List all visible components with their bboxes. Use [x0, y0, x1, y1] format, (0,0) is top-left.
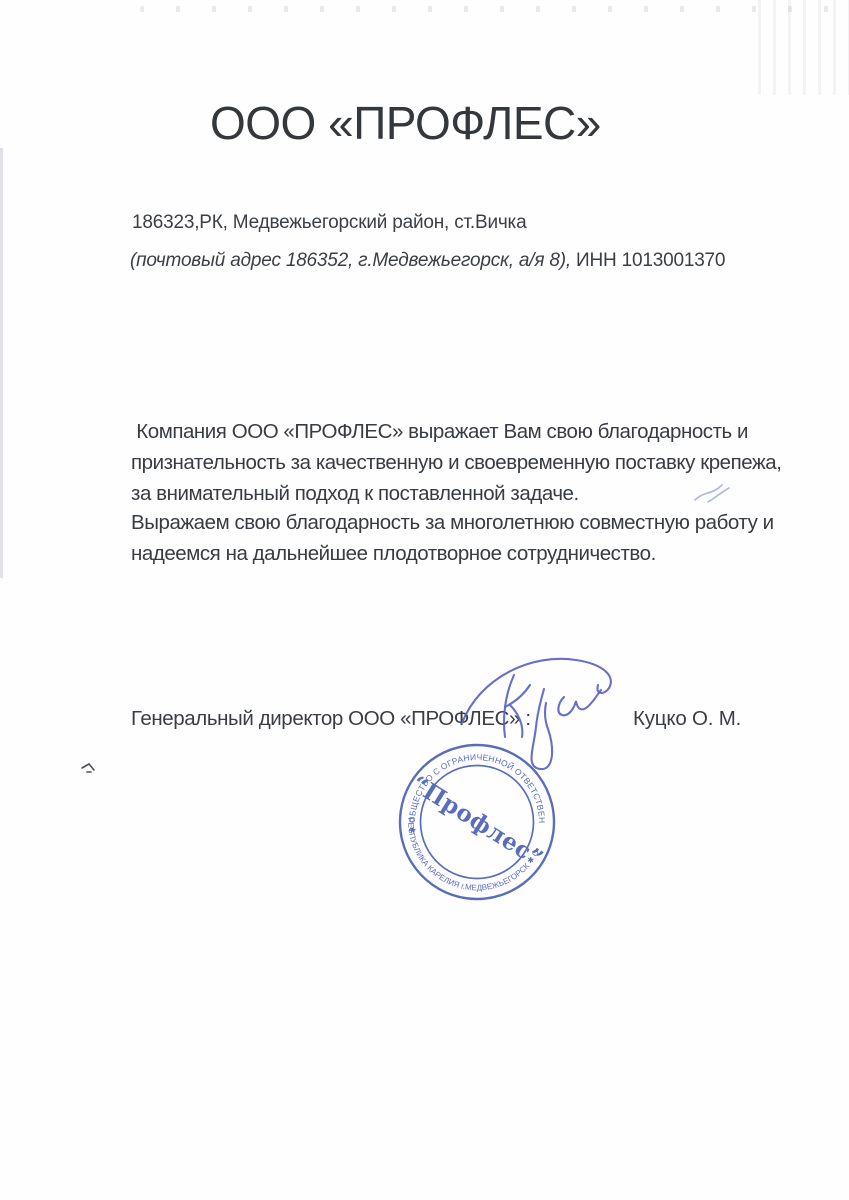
- company-title: ООО «ПРОФЛЕС»: [210, 96, 601, 150]
- scan-artifact-top-right: [758, 0, 849, 95]
- company-stamp: ✱ ОБЩЕСТВО С ОГРАНИЧЕННОЙ ОТВЕТСТВЕН РЕС…: [381, 726, 573, 918]
- postal-address-italic: (почтовый адрес 186352, г.Медвежьегорск,…: [130, 250, 571, 271]
- signature-stroke: [558, 690, 601, 715]
- scan-artifact-top-edge: [140, 6, 835, 12]
- scanned-letter-page: ООО «ПРОФЛЕС» 186323,РК, Медвежьегорский…: [0, 0, 849, 1200]
- pen-squiggle-mark: [692, 478, 734, 505]
- address-line-1: 186323,РК, Медвежьегорский район, ст.Вич…: [132, 212, 526, 234]
- paragraph-line: признательность за качественную и своевр…: [131, 447, 781, 478]
- inn-number: ИНН 1013001370: [571, 250, 725, 271]
- paragraph-cooperation: Выражаем свою благодарность за многолетн…: [131, 507, 774, 569]
- scan-artifact-speck: [80, 758, 102, 776]
- paragraph-line: Компания ООО «ПРОФЛЕС» выражает Вам свою…: [131, 416, 781, 447]
- scan-artifact-left-edge: [0, 148, 3, 578]
- paragraph-line: Выражаем свою благодарность за многолетн…: [131, 507, 774, 538]
- signature-arc-stroke: [462, 659, 611, 723]
- paragraph-line: за внимательный подход к поставленной за…: [131, 478, 781, 509]
- paragraph-gratitude: Компания ООО «ПРОФЛЕС» выражает Вам свою…: [131, 416, 781, 509]
- paragraph-line: надеемся на дальнейшее плодотворное сотр…: [131, 538, 774, 569]
- address-line-2: (почтовый адрес 186352, г.Медвежьегорск,…: [130, 250, 725, 272]
